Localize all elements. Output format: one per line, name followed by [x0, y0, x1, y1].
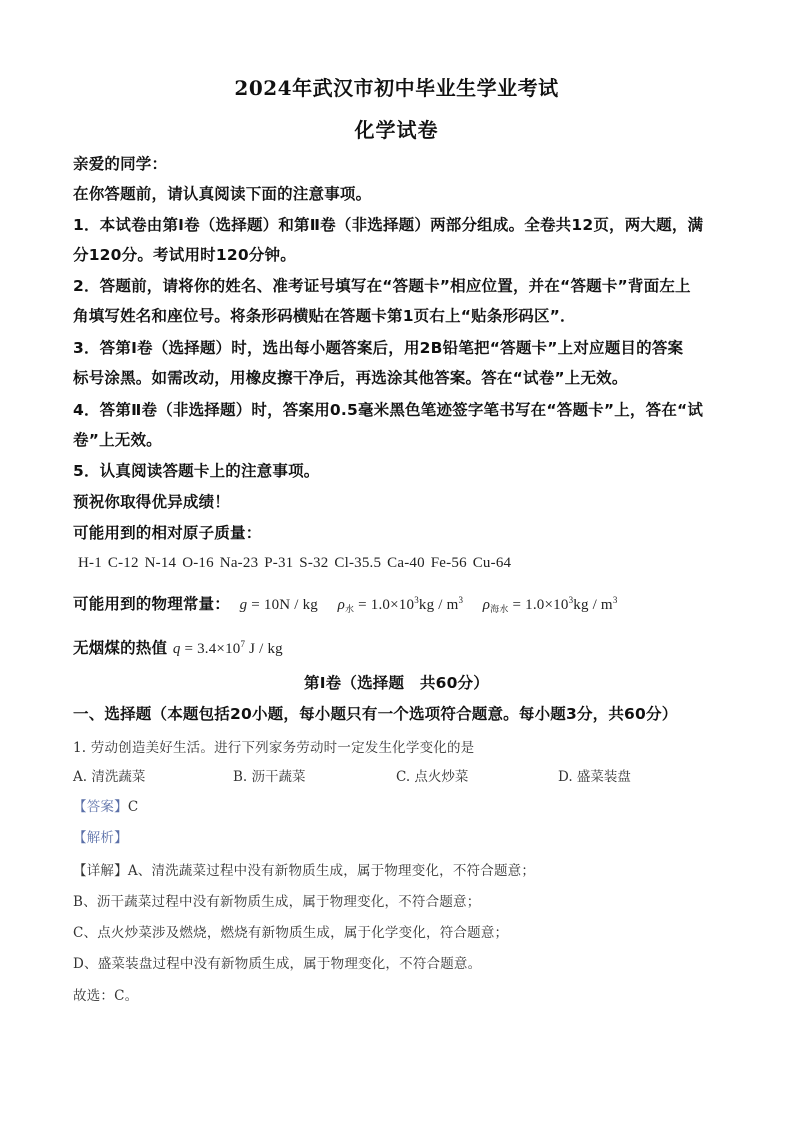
seawater-density: ρ海水 = 1.0×103kg / m3	[483, 597, 618, 613]
notice-2-line-2: 角填写姓名和座位号。将条形码横贴在答题卡第1页右上“贴条形码区”．	[73, 304, 576, 326]
detail-label: 【详解】	[73, 863, 128, 879]
notice-3-line-1: 3．答第Ⅰ卷（选择题）时，选出每小题答案后，用2B铅笔把“答题卡”上对应题目的答…	[73, 336, 683, 358]
detail-row-b: B、沥干蔬菜过程中没有新物质生成，属于物理变化，不符合题意；	[73, 890, 480, 910]
answer-value: C	[128, 799, 139, 815]
intro: 在你答题前，请认真阅读下面的注意事项。	[73, 182, 371, 204]
question-1-stem: 1. 劳动创造美好生活。进行下列家务劳动时一定发生化学变化的是	[73, 736, 474, 756]
heat-value: q = 3.4×107 J / kg	[173, 641, 283, 657]
conclusion: 故选：C。	[73, 984, 138, 1004]
notice-3-line-2: 标号涂黑。如需改动，用橡皮擦干净后，再选涂其他答案。答在“试卷”上无效。	[73, 366, 628, 388]
analysis-label: 【解析】	[73, 826, 128, 846]
notice-5: 5．认真阅读答题卡上的注意事项。	[73, 459, 320, 481]
greeting: 亲爱的同学：	[73, 152, 167, 174]
atomic-mass-label: 可能用到的相对原子质量：	[73, 521, 261, 543]
option-a: A. 清洗蔬菜	[73, 765, 145, 785]
detail-row-d: D、盛菜装盘过程中没有新物质生成，属于物理变化，不符合题意。	[73, 952, 481, 972]
notice-1-line-1: 1．本试卷由第Ⅰ卷（选择题）和第Ⅱ卷（非选择题）两部分组成。全卷共12页，两大题…	[73, 213, 703, 235]
part-title: 一、选择题（本题包括20小题，每小题只有一个选项符合题意。每小题3分，共60分）	[73, 702, 677, 724]
gravity-constant: g = 10N / kg	[240, 597, 318, 613]
option-d: D. 盛菜装盘	[558, 765, 631, 785]
water-density: ρ水 = 1.0×103kg / m3	[338, 597, 464, 613]
physics-label: 可能用到的物理常量：	[73, 595, 230, 613]
exam-page: 2024年武汉市初中毕业生学业考试 化学试卷 亲爱的同学： 在你答题前，请认真阅…	[0, 0, 793, 1122]
detail-row-c: C、点火炒菜涉及燃烧，燃烧有新物质生成，属于化学变化，符合题意；	[73, 921, 508, 941]
notice-4-line-2: 卷”上无效。	[73, 428, 162, 450]
notice-4-line-1: 4．答第Ⅱ卷（非选择题）时，答案用0.5毫米黑色笔迹签字笔书写在“答题卡”上，答…	[73, 398, 703, 420]
answer-row: 【答案】C	[73, 795, 138, 815]
physics-constants-row: 可能用到的物理常量： g = 10N / kg ρ水 = 1.0×103kg /…	[73, 592, 618, 615]
exam-subtitle: 化学试卷	[0, 114, 793, 143]
section-title: 第Ⅰ卷（选择题 共60分）	[0, 671, 793, 693]
heat-value-row: 无烟煤的热值 q = 3.4×107 J / kg	[73, 636, 283, 658]
exam-title: 2024年武汉市初中毕业生学业考试	[0, 72, 793, 101]
detail-row-a: 【详解】A、清洗蔬菜过程中没有新物质生成，属于物理变化，不符合题意；	[73, 859, 535, 879]
option-c: C. 点火炒菜	[396, 765, 468, 785]
notice-1-line-2: 分120分。考试用时120分钟。	[73, 243, 296, 265]
atomic-mass-list: H-1 C-12 N-14 O-16 Na-23 P-31 S-32 Cl-35…	[78, 555, 511, 572]
wish: 预祝你取得优异成绩！	[73, 490, 230, 512]
notice-2-line-1: 2．答题前，请将你的姓名、准考证号填写在“答题卡”相应位置，并在“答题卡”背面左…	[73, 274, 691, 296]
heat-label: 无烟煤的热值	[73, 639, 167, 657]
option-b: B. 沥干蔬菜	[233, 765, 306, 785]
answer-label: 【答案】	[73, 799, 128, 815]
